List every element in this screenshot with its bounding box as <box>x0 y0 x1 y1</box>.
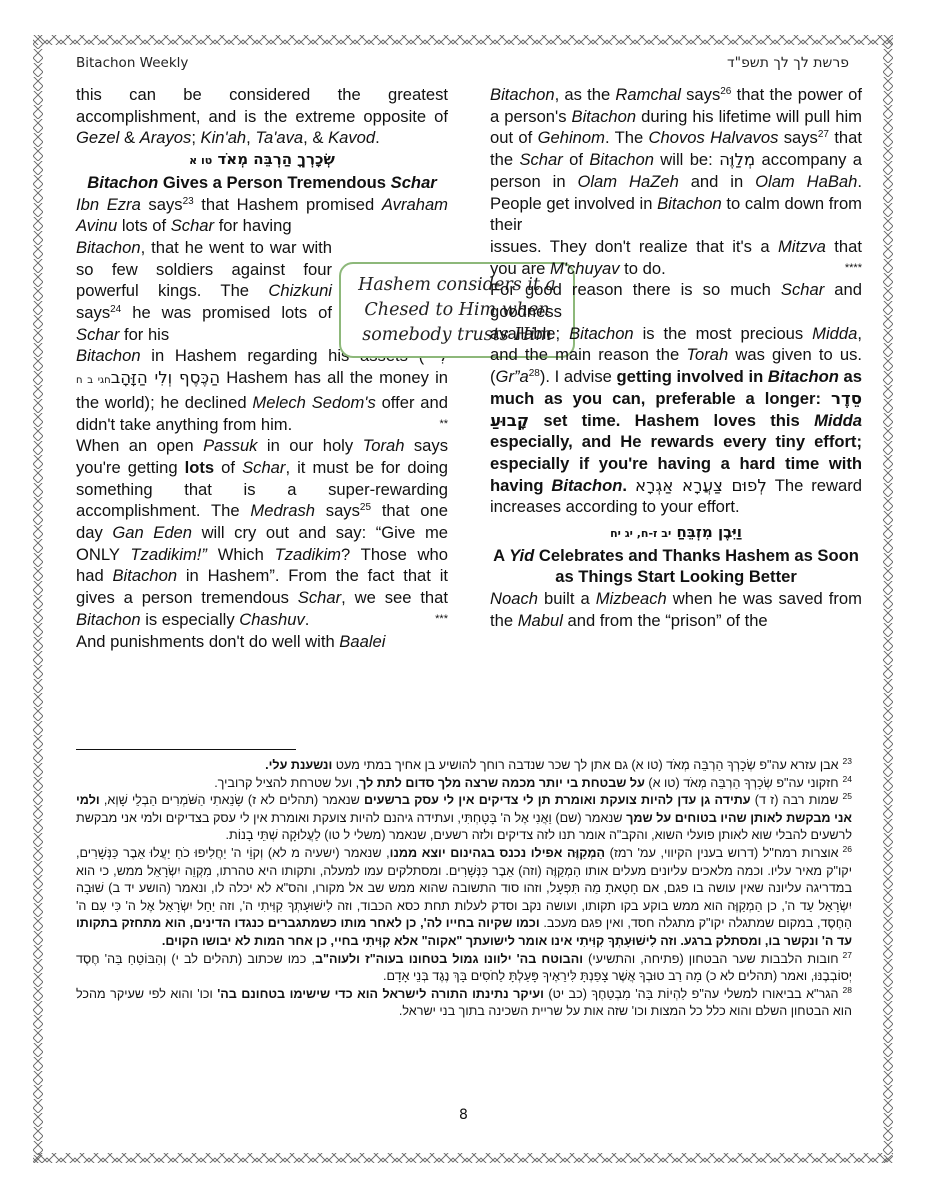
border-bottom <box>33 1153 893 1163</box>
wrap-paragraph: issues. They don't realize that it's a M… <box>490 236 862 279</box>
punishments-paragraph: And punishments don't do well with Baale… <box>76 631 448 653</box>
border-left <box>33 35 43 1163</box>
section-heading: Bitachon Gives a Person Tremendous Schar <box>62 172 462 194</box>
border-top <box>33 35 893 45</box>
noach-paragraph: Noach built a Mizbeach when he was saved… <box>490 588 862 631</box>
footnote-28: 28הגר"א בביאורו למשלי עה"פ לִהְיוֹת בַּה… <box>76 986 852 1021</box>
section-stars: **** <box>845 258 862 280</box>
hebrew-pasuk-title: שְׂכָרְךָ הַרְבֵּה מְאֹד טו א <box>76 149 448 172</box>
footnote-27: 27חובות הלבבות שער הבטחון (פתיחה, והתשיע… <box>76 951 852 986</box>
section-stars: ** <box>439 414 448 436</box>
page-header: Bitachon Weekly פרשת לך לך תשפ"ד <box>76 55 849 77</box>
ramchal-paragraph: Bitachon, as the Ramchal says26 that the… <box>490 84 862 236</box>
footnote-separator <box>76 749 296 750</box>
footnotes: 23אבן עזרא עה"פ שְׂכָרְךָ הַרְבֵּה מְאֹד… <box>76 757 852 1021</box>
page-number: 8 <box>0 1107 927 1123</box>
hebrew-pasuk-title: וַיִּבֶן מִזְבֵּחַ יב ז-ח, יג יח <box>490 522 862 545</box>
wrap-paragraph: Bitachon, that he went to war with so fe… <box>76 237 332 346</box>
intro-paragraph: this can be considered the greatest acco… <box>76 84 448 149</box>
publication-title: Bitachon Weekly <box>76 55 188 71</box>
good-reason-paragraph: For good reason there is so much Schar a… <box>490 279 862 322</box>
section-stars: *** <box>435 609 448 631</box>
passuk-paragraph: When an open Passuk in our holy Torah sa… <box>76 435 448 630</box>
parsha-title: פרשת לך לך תשפ"ד <box>727 55 849 71</box>
right-column: Bitachon, as the Ramchal says26 that the… <box>490 84 862 632</box>
footnote-26: 26אוצרות רמח"ל (דרוש בענין הקיווי, עמ' ר… <box>76 845 852 951</box>
footnote-23: 23אבן עזרא עה"פ שְׂכָרְךָ הַרְבֵּה מְאֹד… <box>76 757 852 775</box>
ibn-ezra-paragraph: Ibn Ezra says23 that Hashem promised Avr… <box>76 194 448 237</box>
precious-paragraph: available; Bitachon is the most precious… <box>490 323 862 518</box>
border-right <box>883 35 893 1163</box>
left-column: this can be considered the greatest acco… <box>76 84 448 652</box>
assets-paragraph: Bitachon in Hashem regarding his assets … <box>76 345 448 435</box>
footnote-24: 24חזקוני עה"פ שְׂכָרְךָ הַרְבֵּה מְאֹד (… <box>76 775 852 793</box>
section-heading: A Yid Celebrates and Thanks Hashem as So… <box>490 545 862 588</box>
footnote-25: 25שמות רבה (ז ד) עתידה גן עדן להיות צועק… <box>76 792 852 845</box>
